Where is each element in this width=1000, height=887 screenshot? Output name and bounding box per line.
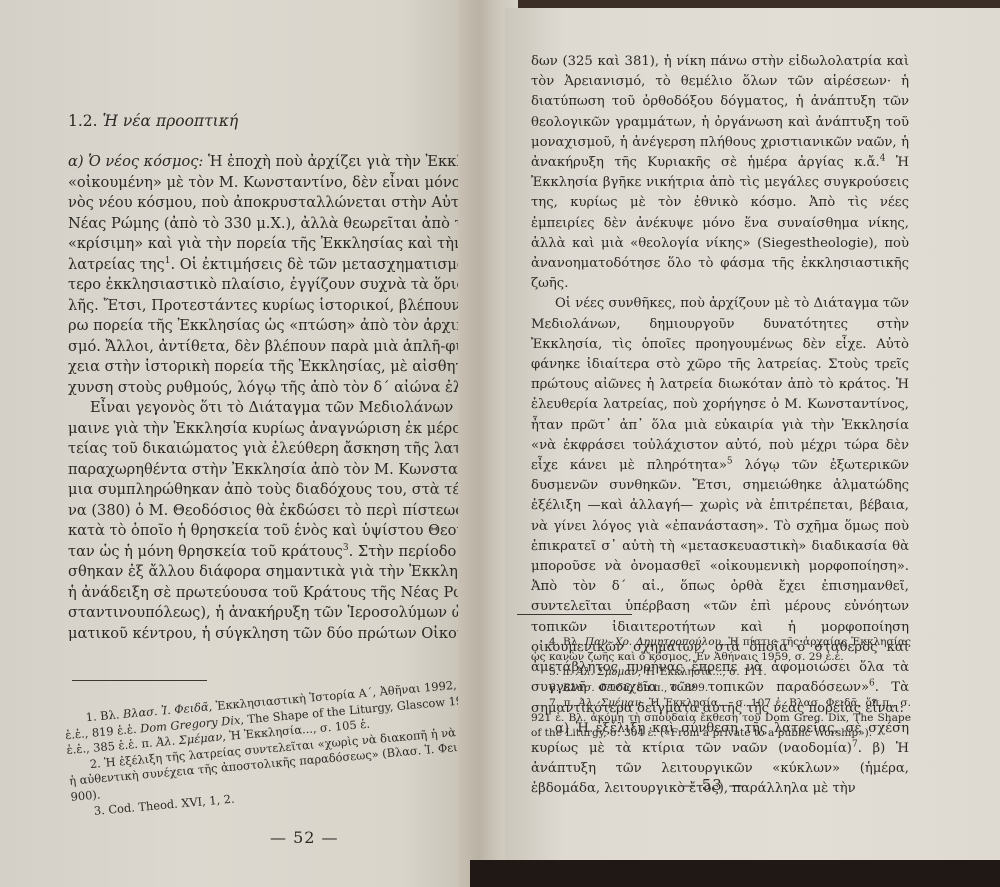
text-line: Νέας Ρώμης (ἀπὸ τὸ 330 μ.Χ.), ἀλλὰ θεωρε… [68, 214, 473, 235]
line-text: λῆς. Ἔτσι, Προτεστάντες κυρίως ἱστορικοί… [68, 297, 473, 314]
left-body-text: α) Ὁ νέος κόσμος: Ἡ ἐποχὴ ποὺ ἀρχίζει γι… [68, 152, 473, 644]
text-line: «οἰκουμένη» μὲ τὸν Μ. Κωνσταντίνο, δὲν ε… [68, 173, 473, 194]
text-line: λῆς. Ἔτσι, Προτεστάντες κυρίως ἱστορικοί… [68, 296, 473, 317]
footnote: 6. Βλασ. Φειδᾶ, ὅπ.π., σ. 899. [531, 681, 911, 696]
paragraph-text: Ἡ Ἐκκλησία βγῆκε νικήτρια ἀπὸ τὶς μεγάλε… [531, 155, 909, 291]
text-line: τείας τοῦ δικαιώματος γιὰ ἐλεύθερη ἄσκησ… [68, 439, 473, 460]
footnote-author: Βλασ. Φειδᾶ [562, 682, 630, 694]
text-line: μαινε γιὰ τὴν Ἐκκλησία κυρίως ἀναγνώριση… [68, 419, 473, 440]
line-text: ἡ ἀνάδειξη σὲ πρωτεύουσα τοῦ Κράτους τῆς… [68, 584, 473, 601]
line-text: «οἰκουμένη» μὲ τὸν Μ. Κωνσταντίνο, δὲν ε… [68, 174, 473, 191]
paragraph-text: δων (325 καὶ 381), ἡ νίκη πάνω στὴν εἰδω… [531, 54, 909, 170]
line-text: ταν ὡς ἡ μόνη θρησκεία τοῦ κράτους [68, 543, 343, 560]
text-line: σμό. Ἄλλοι, ἀντίθετα, δὲν βλέπουν παρὰ μ… [68, 337, 473, 358]
line-text: λατρείας της [68, 256, 165, 273]
section-title-text: Ἡ νέα προοπτική [103, 112, 239, 130]
footnote: 7. π. Ἀλ. Σμέμαν, Ἡ Ἐκκλησία..., σ. 107 … [531, 696, 911, 742]
line-text: Νέας Ρώμης (ἀπὸ τὸ 330 μ.Χ.), ἀλλὰ θεωρε… [68, 215, 473, 232]
line-text: τείας τοῦ δικαιώματος γιὰ ἐλεύθερη ἄσκησ… [68, 440, 473, 457]
line-text: ρω πορεία τῆς Ἐκκλησίας ὡς «πτώση» ἀπὸ τ… [68, 317, 473, 334]
table-background-bottom [470, 860, 1000, 887]
text-line: τερο ἐκκλησιαστικὸ πλαίσιο, ἐγγίζουν συχ… [68, 275, 473, 296]
text-line: κατὰ τὸ ὁποῖο ἡ θρησκεία τοῦ ἑνὸς καὶ ὑψ… [68, 521, 473, 542]
right-page: δων (325 καὶ 381), ἡ νίκη πάνω στὴν εἰδω… [505, 8, 1000, 860]
footnote-text: 7. π. [549, 697, 578, 709]
footnote-text: 900). [70, 787, 101, 804]
left-footnotes: 1. Βλ. Βλασ. Ἰ. Φειδᾶ, Ἐκκλησιαστικὴ Ἱστ… [63, 677, 471, 821]
line-text: μια συμπληρώθηκαν ἀπὸ τοὺς διαδόχους του… [68, 481, 473, 498]
text-line: σταντινουπόλεως), ἡ ἀνακήρυξη τῶν Ἱεροσο… [68, 603, 473, 624]
line-text: «κρίσιμη» καὶ γιὰ τὴν πορεία τῆς Ἐκκλησί… [68, 235, 473, 252]
footnote-text: 5. π. [549, 666, 576, 678]
line-text: χεια στὴν ἱστορικὴ πορεία τῆς Ἐκκλησίας,… [68, 358, 473, 375]
footnote-text: 6. [549, 682, 562, 694]
footnote-author: Παν. Χρ. Δημητροπούλου [585, 636, 721, 648]
left-page: 1.2. Ἡ νέα προοπτική α) Ὁ νέος κόσμος: Ἡ… [0, 0, 470, 887]
footnote-divider [517, 614, 632, 615]
line-text: τερο ἐκκλησιαστικὸ πλαίσιο, ἐγγίζουν συχ… [68, 276, 473, 293]
footnote-author: Ἀλ. Σμέμαν [576, 666, 638, 678]
paragraph-lead: α) Ὁ νέος κόσμος: [68, 153, 203, 170]
line-text: κατὰ τὸ ὁποῖο ἡ θρησκεία τοῦ ἑνὸς καὶ ὑψ… [68, 522, 473, 539]
footnote-text: 4. Βλ. [549, 636, 585, 648]
footnote-text: , Ἡ Ἐκκλησία..., σ. 111. [638, 666, 767, 678]
footnote-text: , ὅπ.π., σ. 899. [630, 682, 708, 694]
footnote-author: Ἀλ. Σμέμαν [578, 697, 641, 709]
line-text: νὸς νέου κόσμου, ποὺ ἀποκρυσταλλώνεται σ… [68, 194, 473, 211]
section-number: 1.2. [68, 112, 98, 130]
section-heading: 1.2. Ἡ νέα προοπτική [68, 112, 238, 130]
line-text: . Στὴν περίοδο αὐτὴ συντελέ- [349, 543, 473, 560]
footnote-text: 1. Βλ. [85, 707, 123, 724]
right-footnotes: 4. Βλ. Παν. Χρ. Δημητροπούλου, Ἡ πίστις … [531, 635, 911, 741]
footnote: 4. Βλ. Παν. Χρ. Δημητροπούλου, Ἡ πίστις … [531, 635, 911, 665]
line-text: μαινε γιὰ τὴν Ἐκκλησία κυρίως ἀναγνώριση… [68, 420, 473, 437]
line-text: Εἶναι γεγονὸς ὅτι τὸ Διάταγμα τῶν Μεδιολ… [90, 399, 473, 416]
page-number: — 53 — [680, 776, 745, 794]
text-line: ρω πορεία τῆς Ἐκκλησίας ὡς «πτώση» ἀπὸ τ… [68, 316, 473, 337]
line-text: παραχωρηθέντα στὴν Ἐκκλησία ἀπὸ τὸν Μ. Κ… [68, 461, 473, 478]
line-text: σταντινουπόλεως), ἡ ἀνακήρυξη τῶν Ἱεροσο… [68, 604, 473, 621]
text-line: ἡ ἀνάδειξη σὲ πρωτεύουσα τοῦ Κράτους τῆς… [68, 583, 473, 604]
line-text: . Οἱ ἐκτιμήσεις δὲ τῶν μετασχηματισμῶν, … [170, 256, 473, 273]
text-line: λατρείας της1. Οἱ ἐκτιμήσεις δὲ τῶν μετα… [68, 255, 473, 276]
line-text: Ἡ ἐποχὴ ποὺ ἀρχίζει γιὰ τὴν Ἐκκλησία καὶ… [203, 153, 473, 170]
text-line: χυνση στοὺς ρυθμούς, λόγῳ τῆς ἀπὸ τὸν δ´… [68, 378, 473, 399]
text-line: μια συμπληρώθηκαν ἀπὸ τοὺς διαδόχους του… [68, 480, 473, 501]
text-line: ματικοῦ κέντρου, ἡ σύγκληση τῶν δύο πρώτ… [68, 624, 473, 645]
text-line: «κρίσιμη» καὶ γιὰ τὴν πορεία τῆς Ἐκκλησί… [68, 234, 473, 255]
text-line: α) Ὁ νέος κόσμος: Ἡ ἐποχὴ ποὺ ἀρχίζει γι… [68, 152, 473, 173]
footnote-divider [72, 680, 207, 681]
paragraph-text: Οἱ νέες συνθῆκες, ποὺ ἀρχίζουν μὲ τὸ Διά… [531, 296, 909, 473]
text-line: νὸς νέου κόσμου, ποὺ ἀποκρυσταλλώνεται σ… [68, 193, 473, 214]
line-text: ματικοῦ κέντρου, ἡ σύγκληση τῶν δύο πρώτ… [68, 625, 473, 642]
line-text: χυνση στοὺς ρυθμούς, λόγῳ τῆς ἀπὸ τὸν δ´… [68, 379, 473, 396]
text-line: Εἶναι γεγονὸς ὅτι τὸ Διάταγμα τῶν Μεδιολ… [68, 398, 473, 419]
line-text: να (380) ὁ Μ. Θεοδόσιος θὰ ἐκδώσει τὸ πε… [68, 502, 473, 519]
footnote: 5. π. Ἀλ. Σμέμαν, Ἡ Ἐκκλησία..., σ. 111. [531, 665, 911, 680]
line-text: σθηκαν ἐξ ἄλλου διάφορα σημαντικὰ γιὰ τὴ… [68, 563, 473, 580]
text-line: χεια στὴν ἱστορικὴ πορεία τῆς Ἐκκλησίας,… [68, 357, 473, 378]
text-line: να (380) ὁ Μ. Θεοδόσιος θὰ ἐκδώσει τὸ πε… [68, 501, 473, 522]
line-text: σμό. Ἄλλοι, ἀντίθετα, δὲν βλέπουν παρὰ μ… [68, 338, 473, 355]
page-number: — 52 — [270, 828, 339, 847]
paragraph: δων (325 καὶ 381), ἡ νίκη πάνω στὴν εἰδω… [531, 52, 909, 294]
text-line: ταν ὡς ἡ μόνη θρησκεία τοῦ κράτους3. Στὴ… [68, 542, 473, 563]
text-line: σθηκαν ἐξ ἄλλου διάφορα σημαντικὰ γιὰ τὴ… [68, 562, 473, 583]
text-line: παραχωρηθέντα στὴν Ἐκκλησία ἀπὸ τὸν Μ. Κ… [68, 460, 473, 481]
